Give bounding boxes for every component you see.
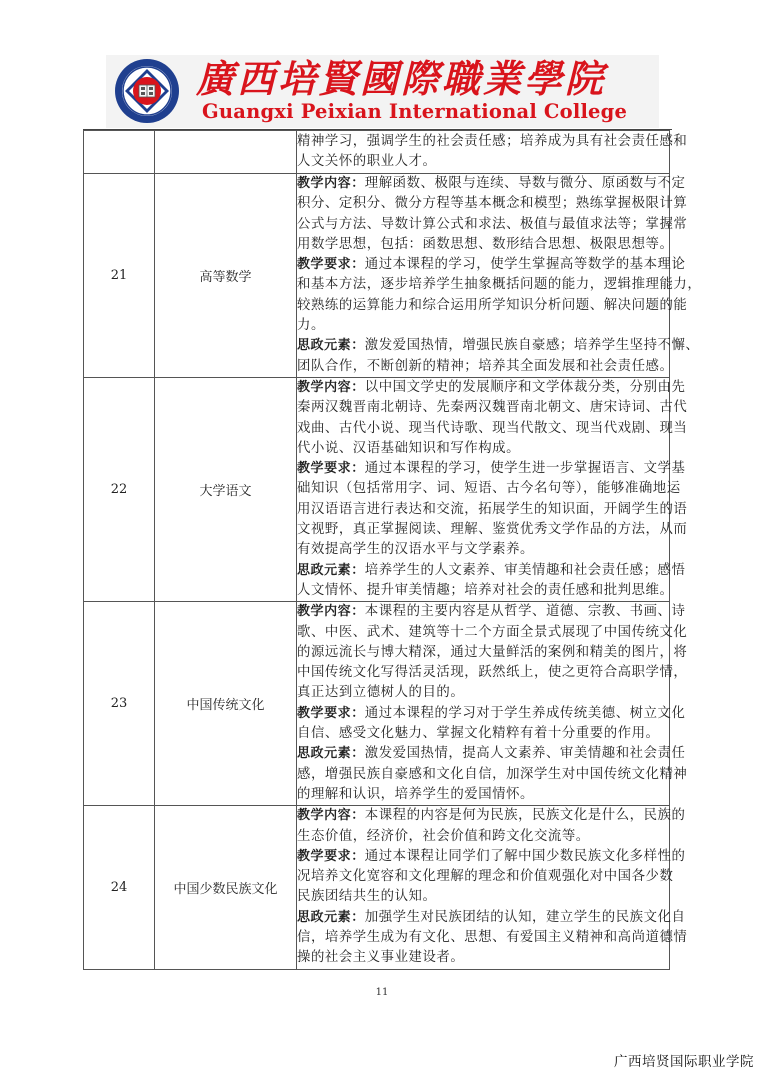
section-text: 代小说、汉语基础知识和写作构成。 <box>297 441 520 456</box>
table-row: 24 中国少数民族文化 教学内容：本课程的内容是何为民族，民族文化是什么，民族的… <box>84 806 670 969</box>
college-name-chinese: 廣西培賢國際職業學院 <box>196 57 656 101</box>
section-text: 础知识（包括常用字、词、短语、古今名句等），能够准确地运 <box>297 481 681 496</box>
page-number: 11 <box>360 987 404 998</box>
section-text: 加强学生对民族团结的认知，建立学生的民族文化自 <box>365 910 686 925</box>
section-text: 况培养文化宽容和文化理解的理念和价值观强化对中国各少数 <box>297 869 673 884</box>
section-text: 有效提高学生的汉语水平与文学素养。 <box>297 542 534 557</box>
description-line: 用汉语语言进行表达和交流，拓展学生的知识面，开阔学生的语 <box>297 500 669 520</box>
description-line: 思政元素：激发爱国热情，增强民族自豪感；培养学生坚持不懈、 <box>297 336 669 356</box>
section-text: 民族团结共生的认知。 <box>297 889 436 904</box>
section-text: 人文关怀的职业人才。 <box>297 154 436 169</box>
description-line: 代小说、汉语基础知识和写作构成。 <box>297 439 669 459</box>
section-text: 文视野，真正掌握阅读、理解、鉴赏优秀文学作品的方法，从而 <box>297 522 687 537</box>
description-line: 的理解和认识，培养学生的爱国情怀。 <box>297 785 669 805</box>
table-row-continuation: 精神学习，强调学生的社会责任感；培养成为具有社会责任感和人文关怀的职业人才。 <box>84 131 670 174</box>
description-line: 教学要求：通过本课程的学习，使学生掌握高等数学的基本理论 <box>297 255 669 275</box>
description-line: 人文关怀的职业人才。 <box>297 152 669 172</box>
description-line: 思政元素：激发爱国热情，提高人文素养、审美情趣和社会责任 <box>297 744 669 764</box>
section-text: 感，增强民族自豪感和文化自信，加深学生对中国传统文化精神 <box>297 767 687 782</box>
section-text: 本课程的主要内容是从哲学、道德、宗教、书画、诗 <box>365 604 686 619</box>
section-text: 秦两汉魏晋南北朝诗、先秦两汉魏晋南北朝文、唐宋诗词、古代 <box>297 400 687 415</box>
section-text: 较熟练的运算能力和综合运用所学知识分析问题、解决问题的能 <box>297 298 687 313</box>
section-label: 思政元素： <box>297 910 365 925</box>
course-number-cell: 22 <box>84 377 155 601</box>
section-label: 教学要求： <box>297 706 365 721</box>
section-text: 用汉语语言进行表达和交流，拓展学生的知识面，开阔学生的语 <box>297 502 687 517</box>
description-line: 戏曲、古代小说、现当代诗歌、现当代散文、现当代戏剧、现当 <box>297 419 669 439</box>
section-text: 团队合作，不断创新的精神；培养其全面发展和社会责任感。 <box>297 359 673 374</box>
college-header-banner: 廣西培賢國際職業學院 Guangxi Peixian International… <box>106 55 659 128</box>
section-text: 公式与方法、导数计算公式和求法、极值与最值求法等；掌握常 <box>297 217 687 232</box>
description-line: 教学内容：以中国文学史的发展顺序和文学体裁分类，分别由先 <box>297 378 669 398</box>
course-name-cell: 中国传统文化 <box>155 602 297 806</box>
description-line: 教学内容：本课程的主要内容是从哲学、道德、宗教、书画、诗 <box>297 602 669 622</box>
section-text: 激发爱国热情，提高人文素养、审美情趣和社会责任 <box>365 746 686 761</box>
table-row: 21 高等数学 教学内容：理解函数、极限与连续、导数与微分、原函数与不定积分、定… <box>84 174 670 378</box>
section-label: 教学内容： <box>297 380 365 395</box>
description-line: 操的社会主义事业建设者。 <box>297 948 669 968</box>
course-number-cell <box>84 131 155 174</box>
section-text: 自信、感受文化魅力、掌握文化精粹有着十分重要的作用。 <box>297 726 659 741</box>
section-label: 思政元素： <box>297 746 365 761</box>
section-text: 通过本课程的学习对于学生养成传统美德、树立文化 <box>365 706 686 721</box>
description-line: 精神学习，强调学生的社会责任感；培养成为具有社会责任感和 <box>297 132 669 152</box>
description-line: 教学要求：通过本课程的学习对于学生养成传统美德、树立文化 <box>297 704 669 724</box>
section-text: 本课程的内容是何为民族，民族文化是什么，民族的 <box>365 808 686 823</box>
section-text: 真正达到立德树人的目的。 <box>297 685 464 700</box>
section-text: 激发爱国热情，增强民族自豪感；培养学生坚持不懈、 <box>365 338 700 353</box>
description-line: 歌、中医、武术、建筑等十二个方面全景式展现了中国传统文化 <box>297 623 669 643</box>
description-line: 民族团结共生的认知。 <box>297 887 669 907</box>
course-name-cell: 中国少数民族文化 <box>155 806 297 969</box>
course-number-cell: 23 <box>84 602 155 806</box>
description-line: 况培养文化宽容和文化理解的理念和价值观强化对中国各少数 <box>297 867 669 887</box>
college-name-english: Guangxi Peixian International College <box>202 99 627 125</box>
section-text: 通过本课程的学习，使学生掌握高等数学的基本理论 <box>365 257 686 272</box>
description-line: 中国传统文化写得活灵活现，跃然纸上，使之更符合高职学情， <box>297 663 669 683</box>
section-text: 积分、定积分、微分方程等基本概念和模型；熟练掌握极限计算 <box>297 196 687 211</box>
section-text: 的理解和认识，培养学生的爱国情怀。 <box>297 787 534 802</box>
description-line: 用数学思想，包括：函数思想、数形结合思想、极限思想等。 <box>297 235 669 255</box>
course-table: 精神学习，强调学生的社会责任感；培养成为具有社会责任感和人文关怀的职业人才。 2… <box>83 130 670 970</box>
section-text: 歌、中医、武术、建筑等十二个方面全景式展现了中国传统文化 <box>297 625 687 640</box>
description-line: 有效提高学生的汉语水平与文学素养。 <box>297 540 669 560</box>
course-description-cell: 教学内容：本课程的主要内容是从哲学、道德、宗教、书画、诗歌、中医、武术、建筑等十… <box>297 602 670 806</box>
college-emblem-icon <box>114 58 180 124</box>
course-name-cell: 大学语文 <box>155 377 297 601</box>
description-line: 较熟练的运算能力和综合运用所学知识分析问题、解决问题的能 <box>297 296 669 316</box>
description-line: 教学内容：理解函数、极限与连续、导数与微分、原函数与不定 <box>297 174 669 194</box>
course-description-cell: 教学内容：本课程的内容是何为民族，民族文化是什么，民族的生态价值，经济价，社会价… <box>297 806 670 969</box>
description-line: 教学要求：通过本课程的学习，使学生进一步掌握语言、文学基 <box>297 459 669 479</box>
description-line: 公式与方法、导数计算公式和求法、极值与最值求法等；掌握常 <box>297 215 669 235</box>
description-line: 和基本方法，逐步培养学生抽象概括问题的能力，逻辑推理能力， <box>297 275 669 295</box>
description-line: 积分、定积分、微分方程等基本概念和模型；熟练掌握极限计算 <box>297 194 669 214</box>
description-line: 的源远流长与博大精深，通过大量鲜活的案例和精美的图片，将 <box>297 643 669 663</box>
course-description-cell: 教学内容：以中国文学史的发展顺序和文学体裁分类，分别由先秦两汉魏晋南北朝诗、先秦… <box>297 377 670 601</box>
description-line: 思政元素：加强学生对民族团结的认知，建立学生的民族文化自 <box>297 908 669 928</box>
section-text: 以中国文学史的发展顺序和文学体裁分类，分别由先 <box>365 380 686 395</box>
description-line: 感，增强民族自豪感和文化自信，加深学生对中国传统文化精神 <box>297 765 669 785</box>
section-text: 理解函数、极限与连续、导数与微分、原函数与不定 <box>365 176 686 191</box>
section-label: 教学内容： <box>297 176 365 191</box>
description-line: 思政元素：培养学生的人文素养、审美情趣和社会责任感；感悟 <box>297 561 669 581</box>
description-line: 础知识（包括常用字、词、短语、古今名句等），能够准确地运 <box>297 479 669 499</box>
description-line: 教学内容：本课程的内容是何为民族，民族文化是什么，民族的 <box>297 806 669 826</box>
description-line: 自信、感受文化魅力、掌握文化精粹有着十分重要的作用。 <box>297 724 669 744</box>
section-label: 思政元素： <box>297 563 365 578</box>
table-row: 22 大学语文 教学内容：以中国文学史的发展顺序和文学体裁分类，分别由先秦两汉魏… <box>84 377 670 601</box>
section-text: 戏曲、古代小说、现当代诗歌、现当代散文、现当代戏剧、现当 <box>297 421 687 436</box>
description-line: 团队合作，不断创新的精神；培养其全面发展和社会责任感。 <box>297 357 669 377</box>
table-row: 23 中国传统文化 教学内容：本课程的主要内容是从哲学、道德、宗教、书画、诗歌、… <box>84 602 670 806</box>
section-text: 的源远流长与博大精深，通过大量鲜活的案例和精美的图片，将 <box>297 645 687 660</box>
section-text: 通过本课程的学习，使学生进一步掌握语言、文学基 <box>365 461 686 476</box>
section-label: 教学内容： <box>297 808 365 823</box>
section-text: 人文情怀、提升审美情趣；培养对社会的责任感和批判思维。 <box>297 583 673 598</box>
section-text: 操的社会主义事业建设者。 <box>297 950 464 965</box>
footer-organization-name: 广西培贤国际职业学院 <box>614 1050 754 1070</box>
section-label: 教学内容： <box>297 604 365 619</box>
course-number-cell: 24 <box>84 806 155 969</box>
section-text: 精神学习，强调学生的社会责任感；培养成为具有社会责任感和 <box>297 134 687 149</box>
course-name-cell: 高等数学 <box>155 174 297 378</box>
course-number-cell: 21 <box>84 174 155 378</box>
section-label: 教学要求： <box>297 849 365 864</box>
section-label: 教学要求： <box>297 257 365 272</box>
course-name-cell <box>155 131 297 174</box>
section-text: 中国传统文化写得活灵活现，跃然纸上，使之更符合高职学情， <box>297 665 687 680</box>
course-description-cell: 教学内容：理解函数、极限与连续、导数与微分、原函数与不定积分、定积分、微分方程等… <box>297 174 670 378</box>
course-description-cell: 精神学习，强调学生的社会责任感；培养成为具有社会责任感和人文关怀的职业人才。 <box>297 131 670 174</box>
section-label: 教学要求： <box>297 461 365 476</box>
description-line: 文视野，真正掌握阅读、理解、鉴赏优秀文学作品的方法，从而 <box>297 520 669 540</box>
section-text: 和基本方法，逐步培养学生抽象概括问题的能力，逻辑推理能力， <box>297 277 701 292</box>
section-text: 用数学思想，包括：函数思想、数形结合思想、极限思想等。 <box>297 237 673 252</box>
description-line: 力。 <box>297 316 669 336</box>
description-line: 教学要求：通过本课程让同学们了解中国少数民族文化多样性的 <box>297 847 669 867</box>
description-line: 人文情怀、提升审美情趣；培养对社会的责任感和批判思维。 <box>297 581 669 601</box>
description-line: 秦两汉魏晋南北朝诗、先秦两汉魏晋南北朝文、唐宋诗词、古代 <box>297 398 669 418</box>
description-line: 信，培养学生成为有文化、思想、有爱国主义精神和高尚道德情 <box>297 928 669 948</box>
section-text: 信，培养学生成为有文化、思想、有爱国主义精神和高尚道德情 <box>297 930 687 945</box>
section-text: 培养学生的人文素养、审美情趣和社会责任感；感悟 <box>365 563 686 578</box>
description-line: 生态价值，经济价，社会价值和跨文化交流等。 <box>297 827 669 847</box>
section-text: 生态价值，经济价，社会价值和跨文化交流等。 <box>297 829 590 844</box>
section-text: 力。 <box>297 318 325 333</box>
section-text: 通过本课程让同学们了解中国少数民族文化多样性的 <box>365 849 686 864</box>
section-label: 思政元素： <box>297 338 365 353</box>
description-line: 真正达到立德树人的目的。 <box>297 683 669 703</box>
